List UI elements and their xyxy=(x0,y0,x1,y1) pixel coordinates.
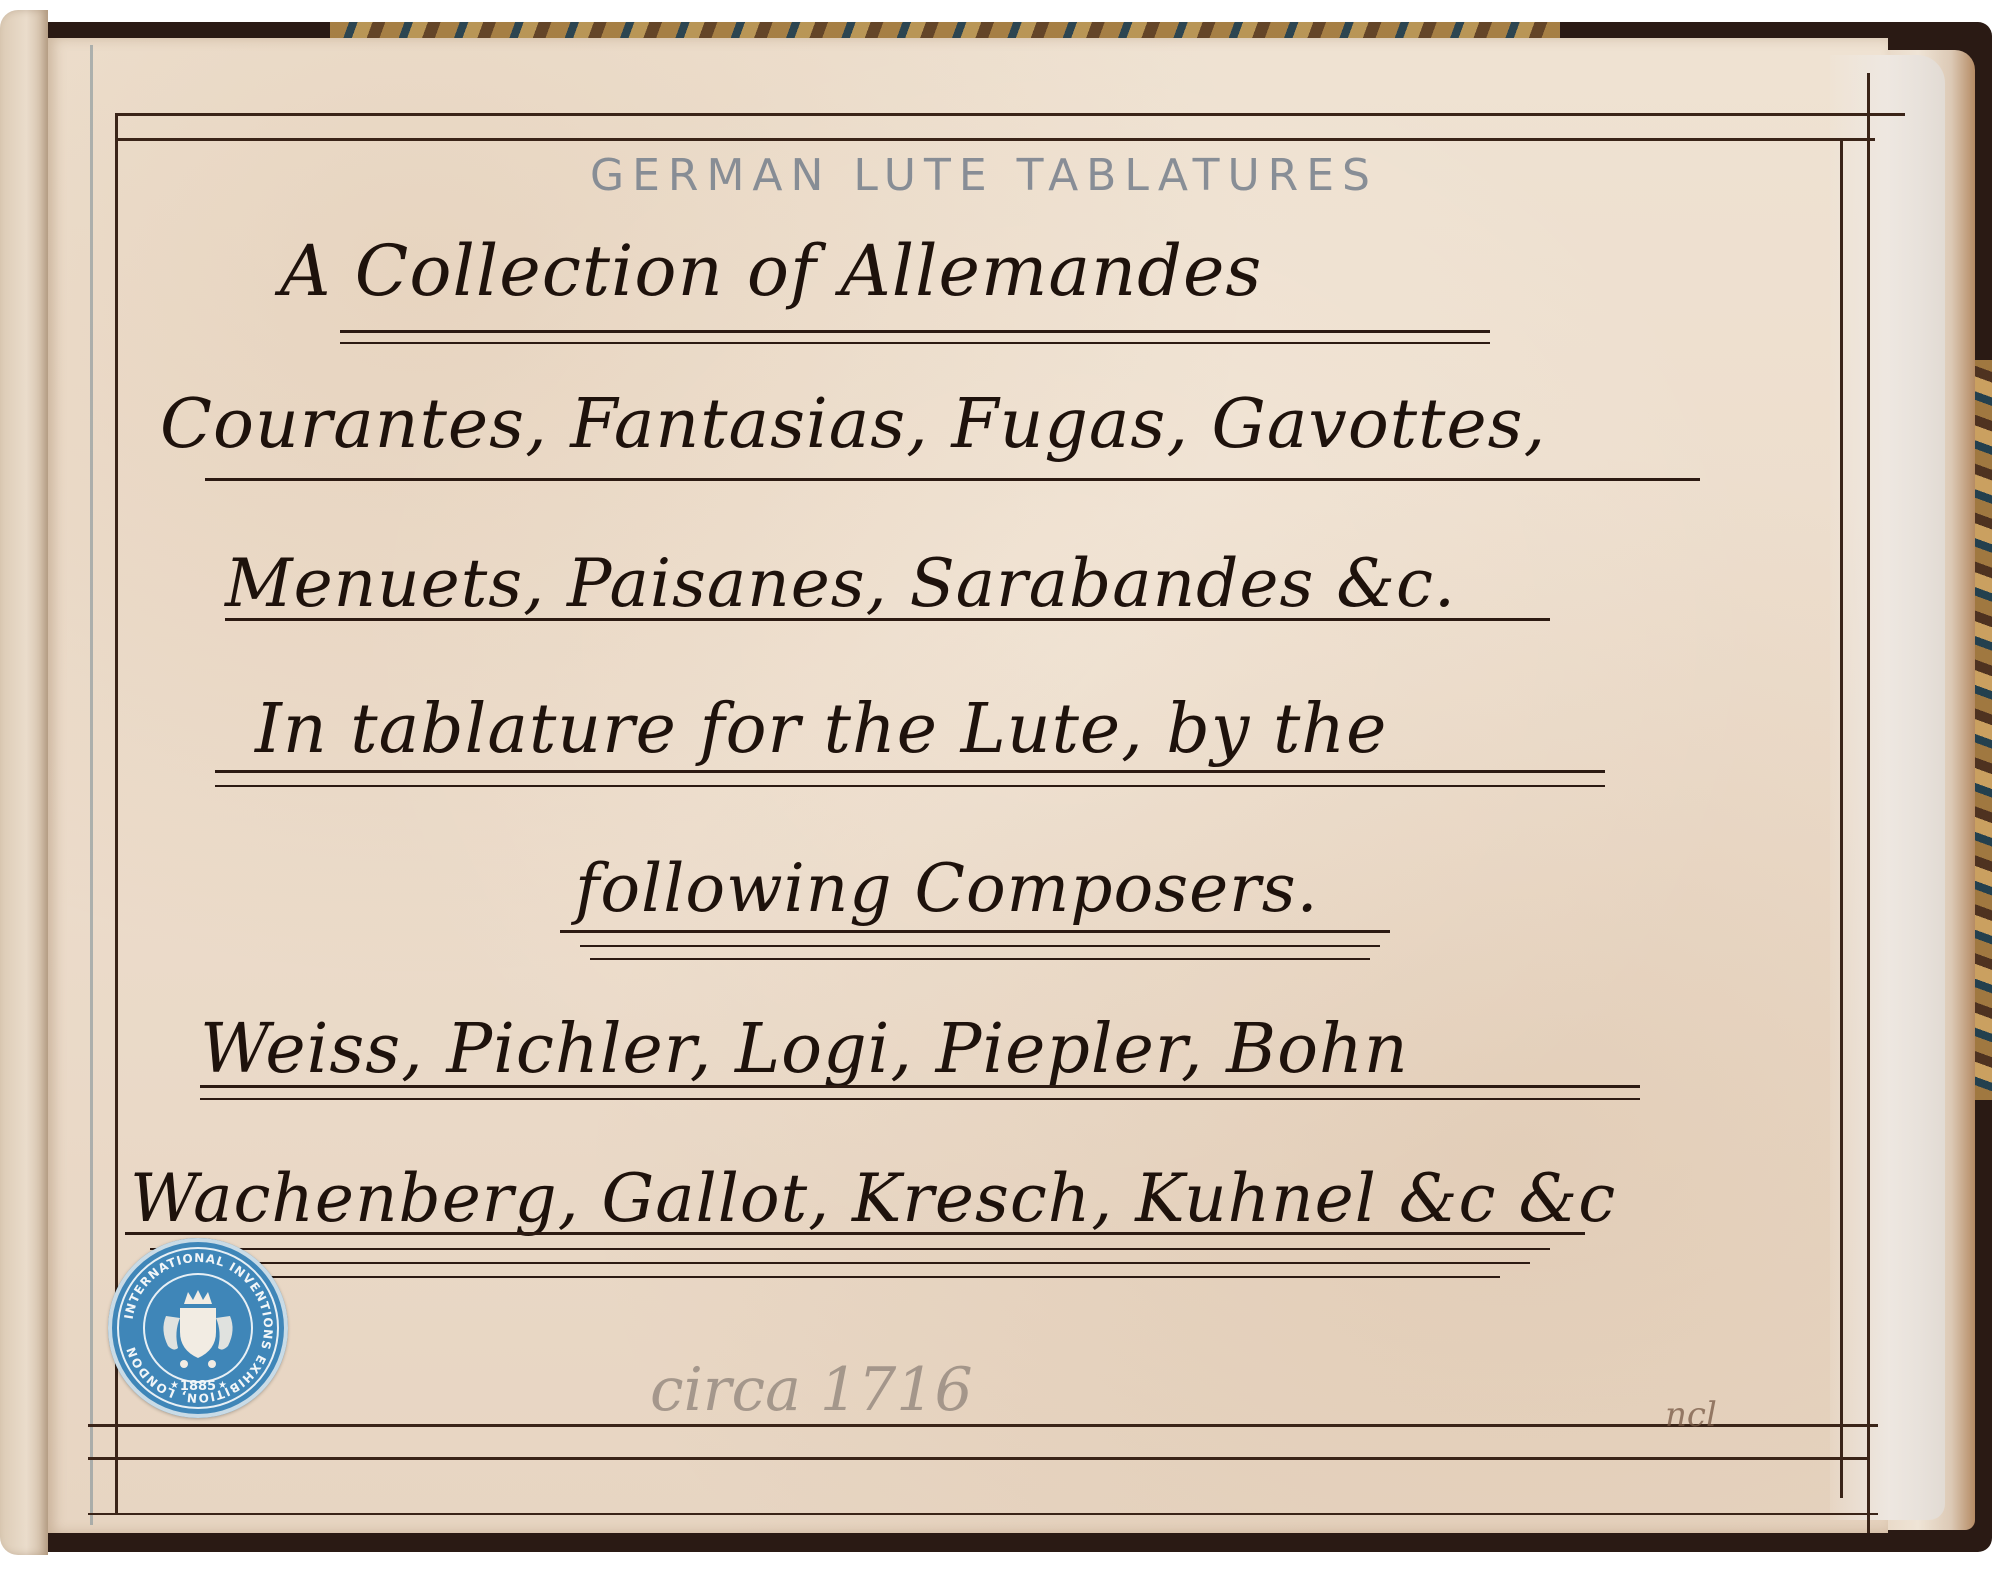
border-rule-right-outer xyxy=(1867,73,1870,1533)
initials-note: ncl xyxy=(1665,1395,1717,1435)
title-underline-6 xyxy=(200,1085,1640,1088)
title-underline-5b xyxy=(580,945,1380,947)
svg-text:★: ★ xyxy=(170,1380,179,1391)
title-line-1: A Collection of Allemandes xyxy=(280,230,1262,312)
title-underline-7 xyxy=(125,1232,1585,1235)
title-line-2: Courantes, Fantasias, Fugas, Gavottes, xyxy=(160,385,1546,464)
pencil-margin-line xyxy=(90,45,93,1525)
border-rule-bottom-inner xyxy=(88,1424,1878,1427)
title-underline-4 xyxy=(215,770,1605,773)
title-underline-7c xyxy=(170,1262,1530,1264)
border-rule-bottom-outer xyxy=(88,1457,1868,1460)
title-underline-2 xyxy=(205,478,1700,481)
title-underline-6b xyxy=(200,1098,1640,1100)
title-line-3: Menuets, Paisanes, Sarabandes &c. xyxy=(225,545,1456,622)
pencil-date-note: circa 1716 xyxy=(650,1355,973,1425)
title-underline-1 xyxy=(340,330,1490,333)
exhibition-stamp: INTERNATIONAL INVENTIONS EXHIBITION, LON… xyxy=(108,1238,288,1418)
title-underline-5c xyxy=(590,958,1370,960)
marbled-endpaper-right xyxy=(1975,360,1992,1100)
title-underline-4b xyxy=(215,785,1605,787)
tissue-guard-sheet xyxy=(1830,55,1945,1520)
title-underline-7b xyxy=(150,1248,1550,1250)
title-line-7: Wachenberg, Gallot, Kresch, Kuhnel &c &c xyxy=(130,1160,1616,1237)
border-rule-right-inner xyxy=(1840,138,1843,1498)
title-underline-7d xyxy=(200,1276,1500,1278)
title-line-4: In tablature for the Lute, by the xyxy=(255,690,1387,769)
title-line-6: Weiss, Pichler, Logi, Piepler, Bohn xyxy=(200,1010,1409,1089)
border-rule-bottom-extra xyxy=(88,1513,1878,1515)
svg-text:1885: 1885 xyxy=(180,1379,216,1394)
title-underline-1b xyxy=(340,342,1490,344)
title-underline-3 xyxy=(225,618,1550,621)
pencil-heading: GERMAN LUTE TABLATURES xyxy=(590,150,1378,201)
facing-page-leaf xyxy=(0,10,48,1555)
royal-coat-of-arms-icon: INTERNATIONAL INVENTIONS EXHIBITION, LON… xyxy=(108,1238,288,1418)
border-rule-top-outer xyxy=(115,113,1905,116)
title-underline-5 xyxy=(560,930,1390,933)
svg-text:★: ★ xyxy=(218,1380,227,1391)
title-line-5: following Composers. xyxy=(575,850,1319,927)
border-rule-top-inner xyxy=(115,138,1875,141)
